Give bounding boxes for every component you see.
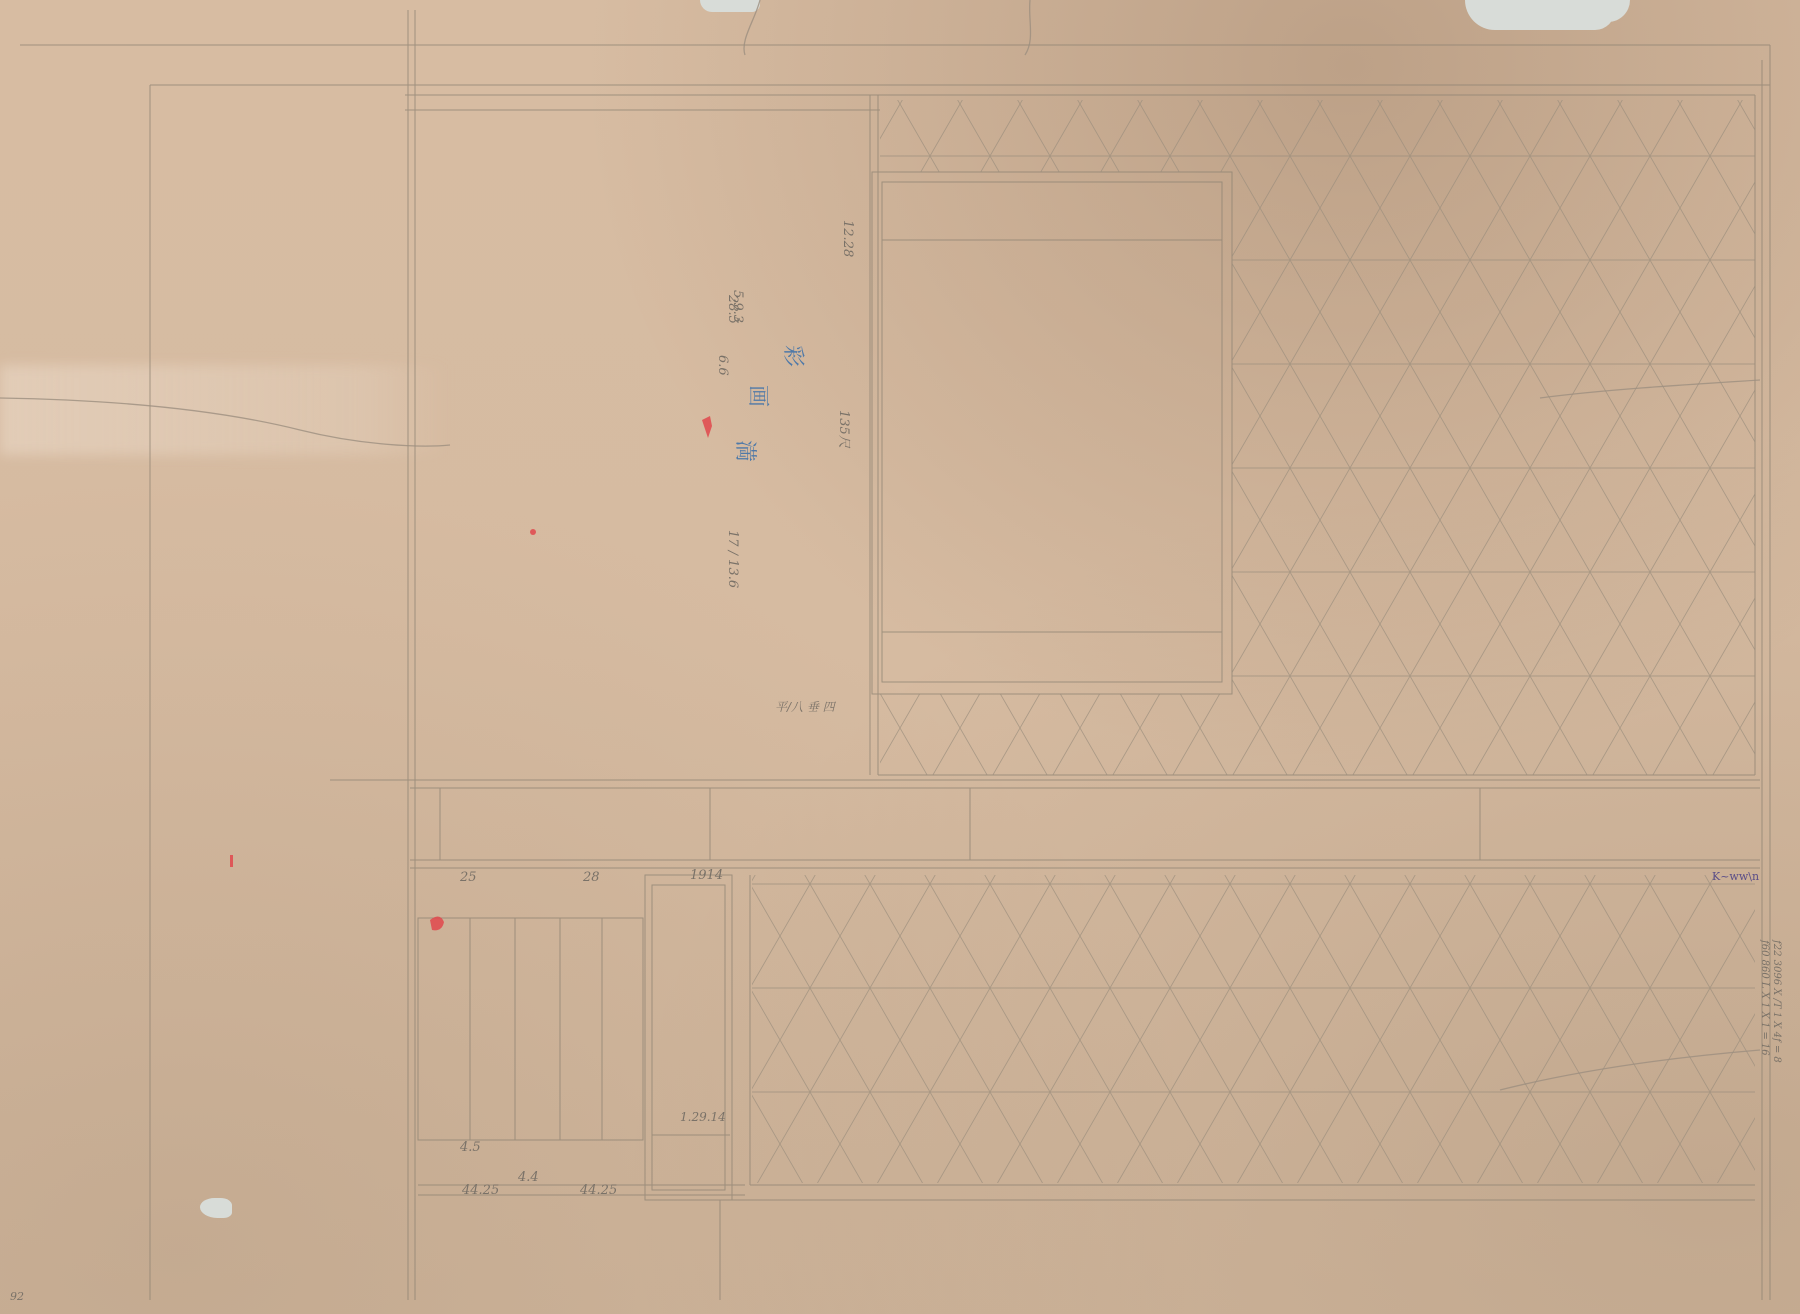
pencil-dimension: 12.28 <box>840 220 855 257</box>
corner-number: 92 <box>10 1290 24 1303</box>
margin-formula: f22 3096 X /T 1 X 4f = 8 <box>1771 940 1782 1063</box>
dimension-label: 1914 <box>690 868 723 883</box>
pencil-fraction: 17 / 13.6 <box>725 530 740 588</box>
blue-annotation: 画 <box>744 385 775 407</box>
pencil-dimension: 28.5 <box>725 295 740 324</box>
drawing-sheet: 彩 画 満 6.6 5.9.3 28.5 135尺 12.28 17 / 13.… <box>0 0 1800 1314</box>
upper-lattice-right <box>1232 172 1755 775</box>
plan-lines <box>0 0 1800 1314</box>
pencil-dimension: 6.6 <box>715 355 730 376</box>
dimension-label: 28 <box>583 870 600 885</box>
purple-stamp: K~ww\n <box>1712 870 1759 883</box>
lower-lattice <box>752 875 1755 1183</box>
upper-lattice-bottom <box>880 694 1232 775</box>
red-marks <box>230 416 712 930</box>
dimension-label: 4.4 <box>518 1170 539 1185</box>
mid-label: 平/八 垂 四 <box>775 698 835 715</box>
dimension-label: 4.5 <box>460 1140 481 1155</box>
side-label: 1.29.14 <box>680 1110 726 1124</box>
upper-lattice-top <box>880 100 1755 172</box>
blue-annotation: 彩 <box>779 345 810 367</box>
margin-formula: f60 860 L X 1 X 1 = 16 <box>1759 940 1770 1056</box>
pencil-dimension: 135尺 <box>836 410 855 448</box>
dimension-label: 44.25 <box>462 1183 499 1198</box>
dimension-label: 25 <box>460 870 477 885</box>
dimension-label: 44.25 <box>580 1183 617 1198</box>
blue-annotation: 満 <box>731 440 762 462</box>
